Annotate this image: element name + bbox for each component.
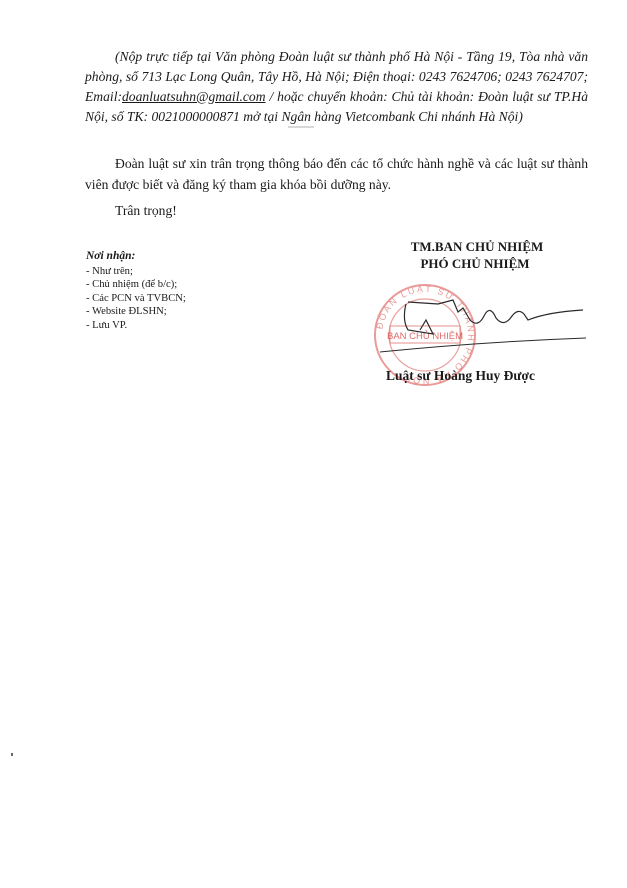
scan-artifact-dot (11, 753, 13, 756)
handwritten-signature-icon (378, 290, 588, 370)
notice-text: Đoàn luật sư xin trân trọng thông báo đế… (85, 156, 588, 192)
recipient-item: - Lưu VP. (86, 319, 186, 333)
closing-text: Trân trọng! (115, 203, 177, 219)
email-link[interactable]: doanluatsuhn@gmail.com (122, 89, 266, 104)
signer-name: Luật sư Hoàng Huy Được (386, 368, 535, 384)
notice-paragraph: Đoàn luật sư xin trân trọng thông báo đế… (85, 153, 588, 195)
recipient-item: - Như trên; (86, 265, 186, 279)
recipient-item: - Các PCN và TVBCN; (86, 292, 186, 306)
submission-note: (Nộp trực tiếp tại Văn phòng Đoàn luật s… (85, 47, 588, 127)
signature-block: TM.BAN CHỦ NHIỆM PHÓ CHỦ NHIỆM (365, 238, 585, 272)
scan-artifact (288, 126, 314, 128)
recipient-item: - Chủ nhiệm (để b/c); (86, 278, 186, 292)
recipient-item: - Website ĐLSHN; (86, 305, 186, 319)
recipients-block: Nơi nhận: - Như trên; - Chủ nhiệm (để b/… (86, 250, 186, 332)
signer-position: PHÓ CHỦ NHIỆM (365, 255, 585, 272)
signer-organization-role: TM.BAN CHỦ NHIỆM (369, 238, 585, 255)
recipients-title: Nơi nhận: (86, 250, 186, 264)
document-page: (Nộp trực tiếp tại Văn phòng Đoàn luật s… (0, 0, 627, 888)
